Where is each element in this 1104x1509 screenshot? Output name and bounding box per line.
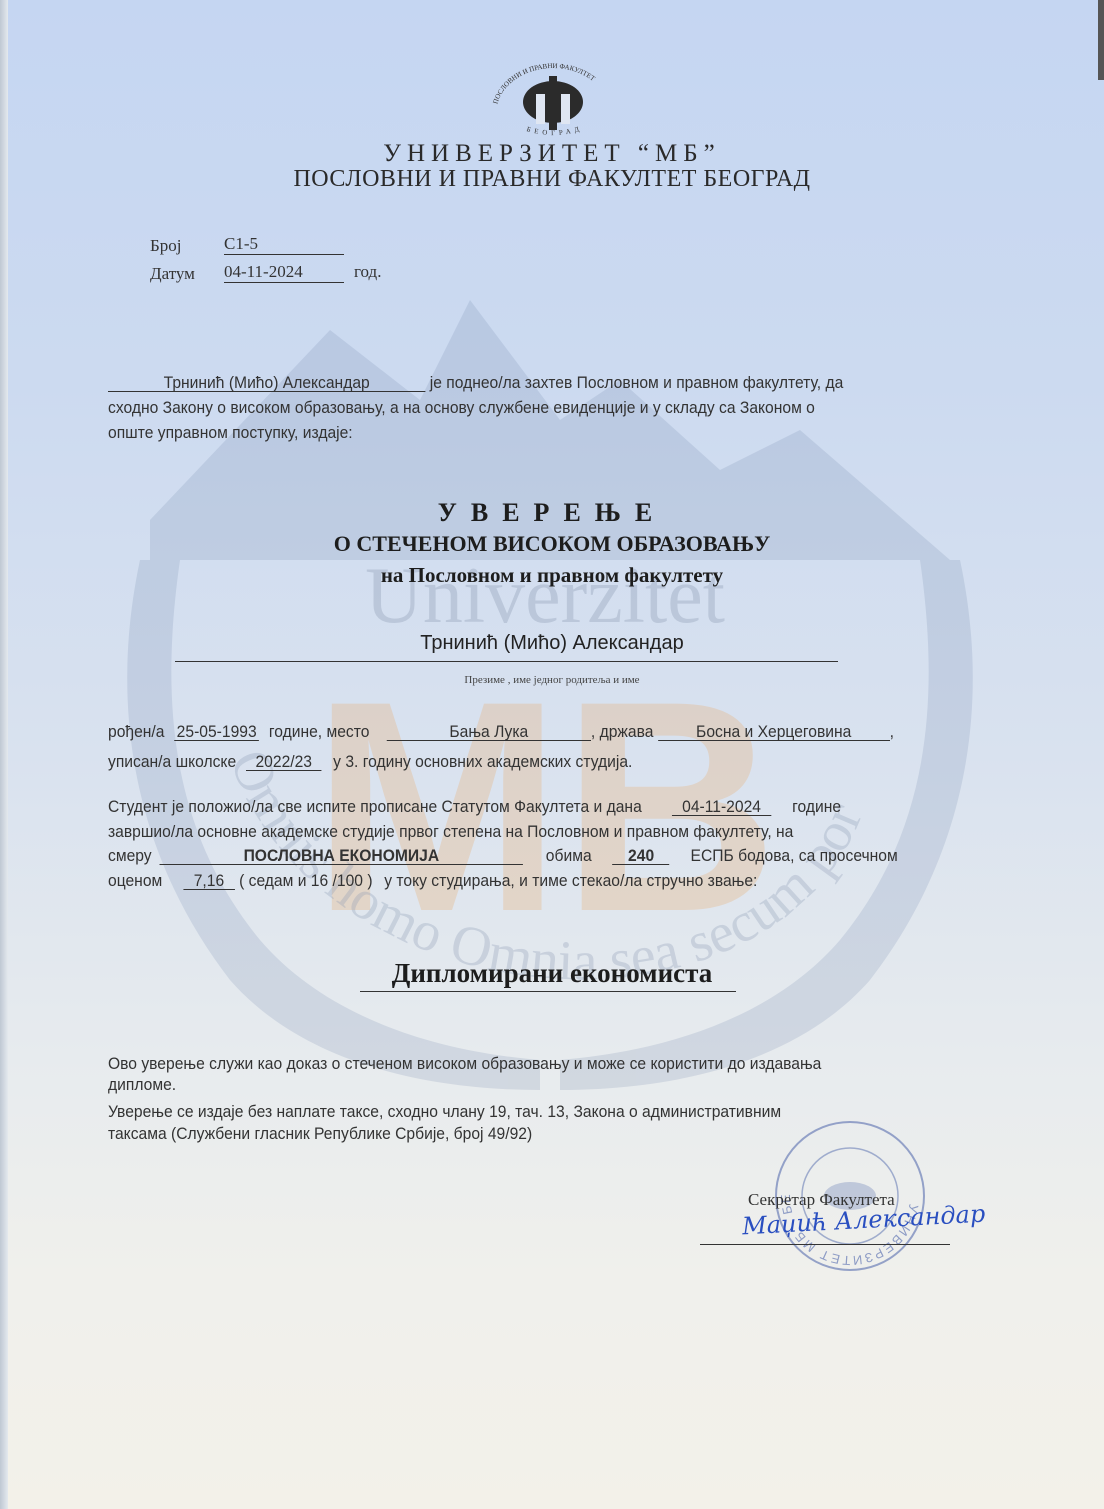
ects-credits: 240 <box>613 847 670 865</box>
note-tax-line-1: Уверење се издаје без наплате таксе, схо… <box>108 1102 781 1122</box>
document-subtitle: О СТЕЧЕНОМ ВИСОКОМ ОБРАЗОВАЊУ <box>0 531 1104 557</box>
date-label: Датум <box>150 264 195 284</box>
average-grade: 7,16 <box>183 872 235 890</box>
name-caption: Презиме , име једног родитеља и име <box>0 674 1104 686</box>
completion-line-2: завршио/ла основне академске студије прв… <box>108 822 793 842</box>
document-title: УВЕРЕЊЕ <box>0 498 1104 528</box>
applicant-name: Трнинић (Мићо) Александар <box>108 374 425 392</box>
birth-place: Бања Лука <box>387 723 591 741</box>
note-validity-line-1: Ово уверење служи као доказ о стеченом в… <box>108 1054 821 1074</box>
completion-line-4: оценом 7,16 ( седам и 16 /100 ) у току с… <box>108 871 757 891</box>
degree-underline <box>360 991 736 992</box>
intro-line-2: сходно Закону о високом образовању, а на… <box>108 398 815 418</box>
average-grade-words: ( седам и 16 /100 ) <box>239 871 372 890</box>
completion-date: 04-11-2024 <box>672 798 771 816</box>
study-major: ПОСЛОВНА ЕКОНОМИЈА <box>160 847 523 865</box>
signature-line <box>700 1244 950 1245</box>
number-label: Број <box>150 236 182 256</box>
certificate-page: ПОСЛОВНИ И ПРАВНИ ФАКУЛТЕТ БЕОГРАД УНИВЕ… <box>0 0 1104 1509</box>
school-year: 2022/23 <box>246 753 321 771</box>
birth-country: Босна и Херцеговина <box>658 723 890 741</box>
date-suffix: год. <box>354 262 381 282</box>
document-subtitle-faculty: на Пословном и правном факултету <box>0 563 1104 588</box>
date-value: 04-11-2024 <box>224 262 344 283</box>
completion-line-3: смеру ПОСЛОВНА ЕКОНОМИЈА обима 240 ЕСПБ … <box>108 846 898 866</box>
number-value: C1-5 <box>224 234 344 255</box>
university-name: УНИВЕРЗИТЕТ “МБ” <box>0 140 1104 168</box>
intro-line-1: Трнинић (Мићо) Александар је поднео/ла з… <box>108 373 843 393</box>
intro-line-3: опште управном поступку, издаје: <box>108 423 353 443</box>
birth-line: рођен/а 25-05-1993 године, место Бања Лу… <box>108 722 894 742</box>
holder-full-name: Трнинић (Мићо) Александар <box>0 632 1104 655</box>
enrollment-line: уписан/а школске 2022/23 у 3. годину осн… <box>108 752 632 772</box>
faculty-name: ПОСЛОВНИ И ПРАВНИ ФАКУЛТЕТ БЕОГРАД <box>0 166 1104 193</box>
faculty-logo-icon: ПОСЛОВНИ И ПРАВНИ ФАКУЛТЕТ БЕОГРАД <box>478 62 628 138</box>
professional-title: Дипломирани економиста <box>0 958 1104 989</box>
note-tax-line-2: таксама (Службени гласник Републике Срби… <box>108 1124 532 1144</box>
completion-line-1: Студент је положио/ла све испите прописа… <box>108 797 841 817</box>
birth-date: 25-05-1993 <box>174 723 259 741</box>
note-validity-line-2: дипломе. <box>108 1075 176 1095</box>
name-underline <box>175 661 838 662</box>
